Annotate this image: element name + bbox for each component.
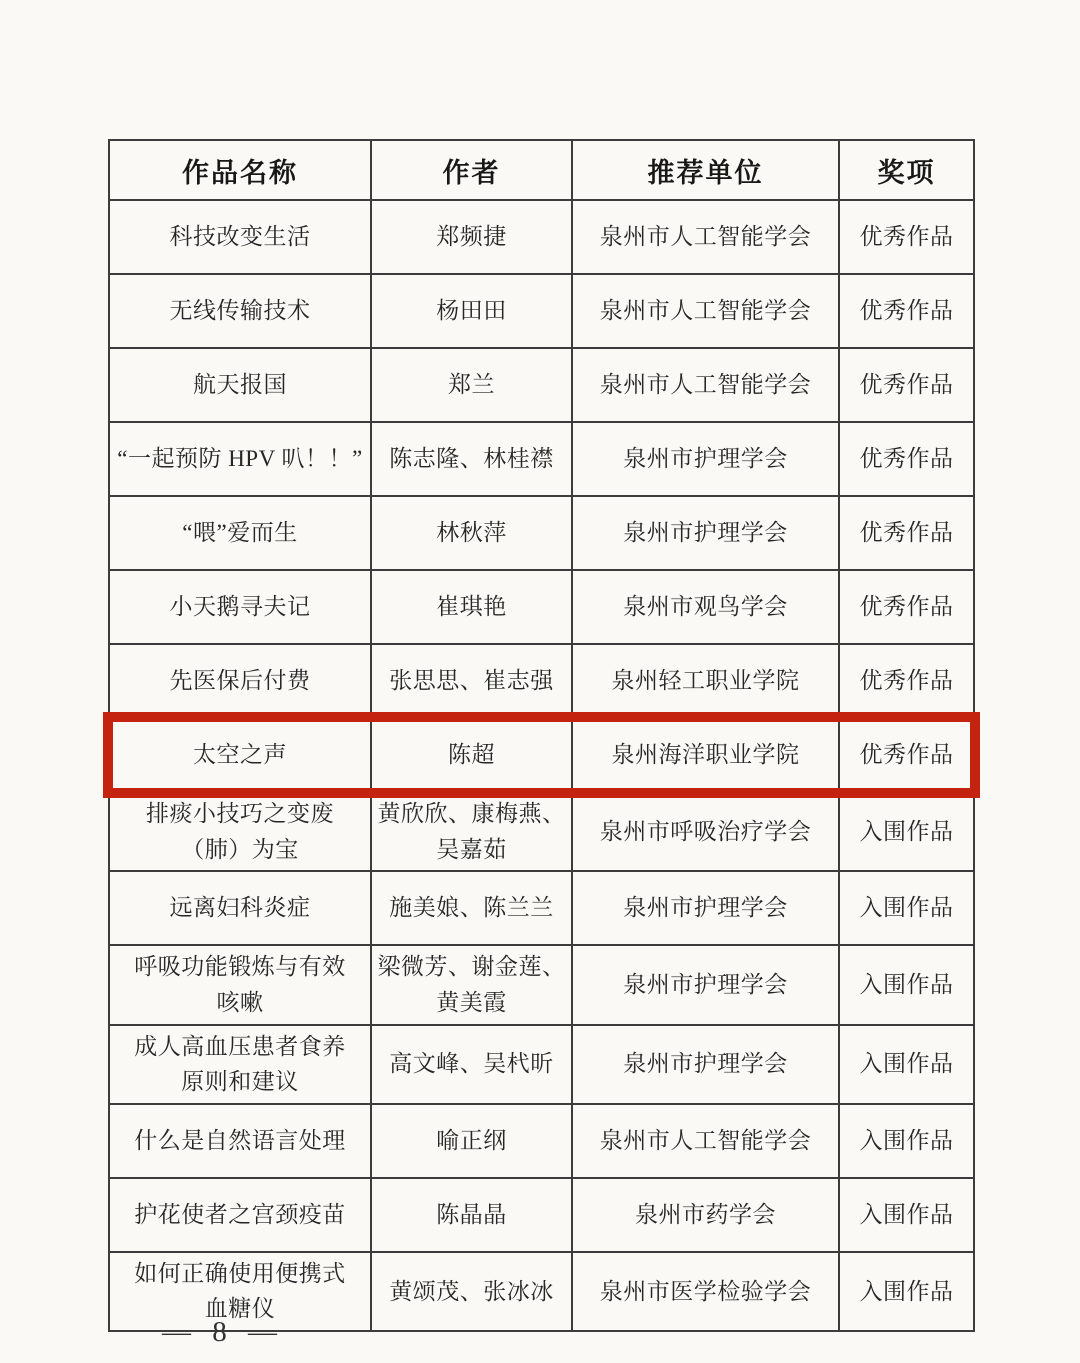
- cell-work-title: 小天鹅寻夫记: [109, 570, 371, 644]
- awards-table: 作品名称 作者 推荐单位 奖项 科技改变生活 郑频捷 泉州市人工智能学会 优秀作…: [108, 139, 975, 1332]
- table-body: 科技改变生活 郑频捷 泉州市人工智能学会 优秀作品 无线传输技术 杨田田 泉州市…: [109, 200, 974, 1331]
- cell-recommending-unit: 泉州市护理学会: [572, 871, 839, 945]
- cell-author: 张思思、崔志强: [371, 644, 572, 718]
- cell-recommending-unit: 泉州市观鸟学会: [572, 570, 839, 644]
- cell-author: 杨田田: [371, 274, 572, 348]
- cell-author: 陈超: [371, 718, 572, 792]
- cell-recommending-unit: 泉州市护理学会: [572, 496, 839, 570]
- scanned-document-page: { "page": { "number_label": "— 8 —" }, "…: [0, 0, 1080, 1363]
- cell-author: 高文峰、吴杙昕: [371, 1025, 572, 1104]
- cell-award: 优秀作品: [839, 274, 974, 348]
- cell-author: 梁微芳、谢金莲、 黄美霞: [371, 945, 572, 1024]
- cell-award: 优秀作品: [839, 570, 974, 644]
- cell-author: 施美娘、陈兰兰: [371, 871, 572, 945]
- cell-author: 黄欣欣、康梅燕、 吴嘉茹: [371, 792, 572, 871]
- cell-work-title: 成人高血压患者食养 原则和建议: [109, 1025, 371, 1104]
- cell-award: 优秀作品: [839, 718, 974, 792]
- cell-author: 喻正纲: [371, 1104, 572, 1178]
- table-row: 小天鹅寻夫记 崔琪艳 泉州市观鸟学会 优秀作品: [109, 570, 974, 644]
- cell-work-title: 太空之声: [109, 718, 371, 792]
- cell-work-title: 排痰小技巧之变废 （肺）为宝: [109, 792, 371, 871]
- table-row: 无线传输技术 杨田田 泉州市人工智能学会 优秀作品: [109, 274, 974, 348]
- cell-award: 优秀作品: [839, 200, 974, 274]
- cell-recommending-unit: 泉州市人工智能学会: [572, 1104, 839, 1178]
- table-row: 远离妇科炎症 施美娘、陈兰兰 泉州市护理学会 入围作品: [109, 871, 974, 945]
- table-row: 什么是自然语言处理 喻正纲 泉州市人工智能学会 入围作品: [109, 1104, 974, 1178]
- cell-work-title: 航天报国: [109, 348, 371, 422]
- cell-recommending-unit: 泉州市人工智能学会: [572, 348, 839, 422]
- table-row: 排痰小技巧之变废 （肺）为宝 黄欣欣、康梅燕、 吴嘉茹 泉州市呼吸治疗学会 入围…: [109, 792, 974, 871]
- cell-award: 入围作品: [839, 871, 974, 945]
- cell-author: 黄颂茂、张冰冰: [371, 1252, 572, 1331]
- cell-recommending-unit: 泉州市医学检验学会: [572, 1252, 839, 1331]
- cell-award: 优秀作品: [839, 496, 974, 570]
- table-row: 航天报国 郑兰 泉州市人工智能学会 优秀作品: [109, 348, 974, 422]
- table-row: 成人高血压患者食养 原则和建议 高文峰、吴杙昕 泉州市护理学会 入围作品: [109, 1025, 974, 1104]
- header-award: 奖项: [839, 140, 974, 200]
- table-row: 护花使者之宫颈疫苗 陈晶晶 泉州市药学会 入围作品: [109, 1178, 974, 1252]
- cell-recommending-unit: 泉州市护理学会: [572, 422, 839, 496]
- table-row: “喂”爱而生 林秋萍 泉州市护理学会 优秀作品: [109, 496, 974, 570]
- cell-recommending-unit: 泉州市人工智能学会: [572, 274, 839, 348]
- cell-author: 郑兰: [371, 348, 572, 422]
- cell-recommending-unit: 泉州市呼吸治疗学会: [572, 792, 839, 871]
- cell-award: 优秀作品: [839, 348, 974, 422]
- table-row: “一起预防 HPV 叭！！” 陈志隆、林桂襟 泉州市护理学会 优秀作品: [109, 422, 974, 496]
- cell-work-title: 什么是自然语言处理: [109, 1104, 371, 1178]
- cell-award: 入围作品: [839, 792, 974, 871]
- cell-recommending-unit: 泉州市药学会: [572, 1178, 839, 1252]
- table-row: 太空之声 陈超 泉州海洋职业学院 优秀作品: [109, 718, 974, 792]
- header-recommending-unit: 推荐单位: [572, 140, 839, 200]
- cell-work-title: “喂”爱而生: [109, 496, 371, 570]
- cell-work-title: 科技改变生活: [109, 200, 371, 274]
- cell-award: 入围作品: [839, 1178, 974, 1252]
- cell-award: 入围作品: [839, 1104, 974, 1178]
- cell-author: 林秋萍: [371, 496, 572, 570]
- cell-author: 陈志隆、林桂襟: [371, 422, 572, 496]
- cell-award: 优秀作品: [839, 644, 974, 718]
- cell-recommending-unit: 泉州轻工职业学院: [572, 644, 839, 718]
- cell-author: 崔琪艳: [371, 570, 572, 644]
- cell-work-title: 呼吸功能锻炼与有效 咳嗽: [109, 945, 371, 1024]
- header-work-title: 作品名称: [109, 140, 371, 200]
- cell-award: 入围作品: [839, 1025, 974, 1104]
- cell-recommending-unit: 泉州市护理学会: [572, 1025, 839, 1104]
- cell-award: 入围作品: [839, 945, 974, 1024]
- table-row: 先医保后付费 张思思、崔志强 泉州轻工职业学院 优秀作品: [109, 644, 974, 718]
- cell-work-title: 护花使者之宫颈疫苗: [109, 1178, 371, 1252]
- cell-work-title: 远离妇科炎症: [109, 871, 371, 945]
- cell-work-title: 先医保后付费: [109, 644, 371, 718]
- cell-award: 优秀作品: [839, 422, 974, 496]
- cell-work-title: 无线传输技术: [109, 274, 371, 348]
- cell-recommending-unit: 泉州市护理学会: [572, 945, 839, 1024]
- cell-work-title: “一起预防 HPV 叭！！”: [109, 422, 371, 496]
- cell-recommending-unit: 泉州市人工智能学会: [572, 200, 839, 274]
- header-author: 作者: [371, 140, 572, 200]
- cell-recommending-unit: 泉州海洋职业学院: [572, 718, 839, 792]
- table-row: 科技改变生活 郑频捷 泉州市人工智能学会 优秀作品: [109, 200, 974, 274]
- table-row: 呼吸功能锻炼与有效 咳嗽 梁微芳、谢金莲、 黄美霞 泉州市护理学会 入围作品: [109, 945, 974, 1024]
- table-header-row: 作品名称 作者 推荐单位 奖项: [109, 140, 974, 200]
- cell-author: 郑频捷: [371, 200, 572, 274]
- page-number: — 8 —: [162, 1316, 279, 1349]
- cell-author: 陈晶晶: [371, 1178, 572, 1252]
- cell-award: 入围作品: [839, 1252, 974, 1331]
